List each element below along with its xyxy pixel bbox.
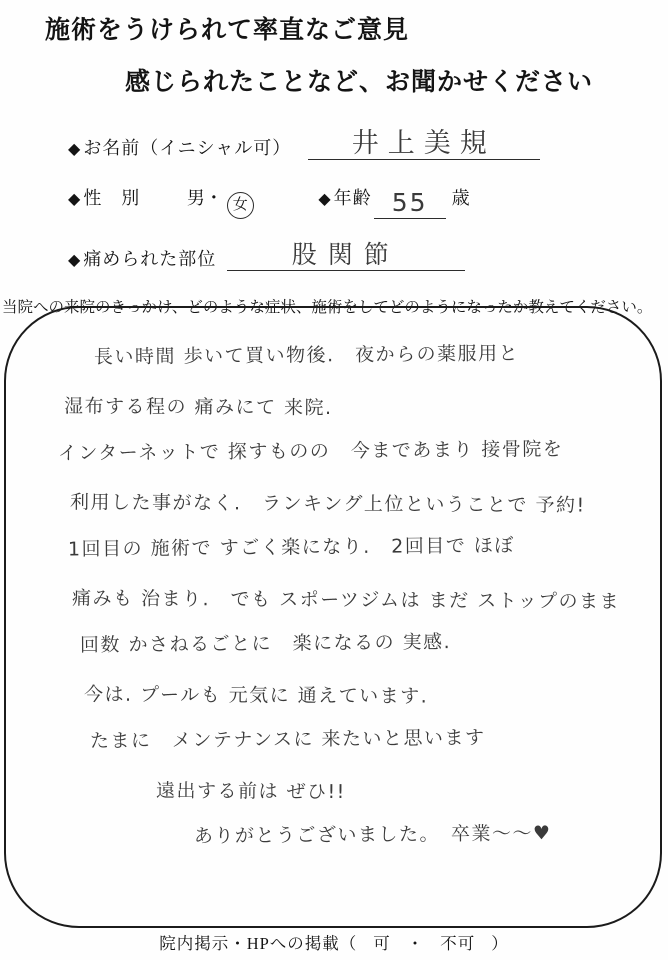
- male-option: 男: [187, 188, 205, 208]
- age-unit-label: 歳: [452, 188, 470, 208]
- gender-separator-dot: ・: [205, 188, 223, 208]
- testimonial-box: 長い時間 歩いて買い物後. 夜からの薬服用と 湿布する程の 痛みにて 来院. イ…: [4, 306, 662, 928]
- testimonial-line: インターネットで 探すものの 今まであまり 接骨院を: [6, 424, 660, 478]
- consent-label: 院内掲示・HPへの掲載（: [159, 934, 357, 953]
- diamond-icon: ◆: [68, 252, 80, 269]
- scanned-feedback-form: { "header": { "title_line1": "施術をうけられて率直…: [0, 0, 668, 960]
- age-field: ◆年齢55歳: [318, 188, 469, 208]
- name-value: 井上美規: [308, 128, 540, 160]
- gender-age-row: ◆性 別 男・女 ◆年齢55歳: [68, 184, 668, 219]
- consent-option-no: 不可: [440, 934, 475, 953]
- gender-label: 性 別: [83, 188, 140, 208]
- female-option-circled: 女: [227, 192, 254, 219]
- gender-options: 男・女: [187, 188, 254, 208]
- name-label: お名前（イニシャル可）: [83, 138, 291, 158]
- age-value: 55: [374, 189, 446, 219]
- diamond-icon: ◆: [318, 191, 330, 208]
- consent-separator-dot: ・: [407, 934, 425, 953]
- form-title-line-1: 施術をうけられて率直なご意見: [45, 0, 668, 46]
- name-field: ◆お名前（イニシャル可） 井上美規: [68, 128, 668, 160]
- form-title-line-2: 感じられたことなど、お聞かせください: [125, 62, 668, 98]
- consent-close: ）: [491, 934, 509, 953]
- diamond-icon: ◆: [68, 141, 80, 158]
- publish-consent-row: 院内掲示・HPへの掲載（可・不可）: [0, 930, 668, 954]
- injured-part-label: 痛められた部位: [83, 249, 216, 269]
- testimonial-line: 回数 かさねるごとに 楽になるの 実感.: [6, 616, 660, 670]
- consent-option-yes: 可: [373, 934, 391, 953]
- age-label: 年齢: [334, 188, 372, 208]
- injured-part-value: 股関節: [227, 241, 465, 271]
- testimonial-line: 長い時間 歩いて買い物後. 夜からの薬服用と: [6, 328, 660, 382]
- testimonial-line: たまに メンテナンスに 来たいと思います: [6, 712, 660, 766]
- testimonial-line: 1回目の 施術で すごく楽になり. 2回目で ほぼ: [6, 520, 660, 574]
- injured-part-field: ◆痛められた部位 股関節: [68, 241, 668, 271]
- testimonial-line: ありがとうございました。 卒業〜〜♥: [6, 808, 660, 862]
- diamond-icon: ◆: [68, 191, 80, 208]
